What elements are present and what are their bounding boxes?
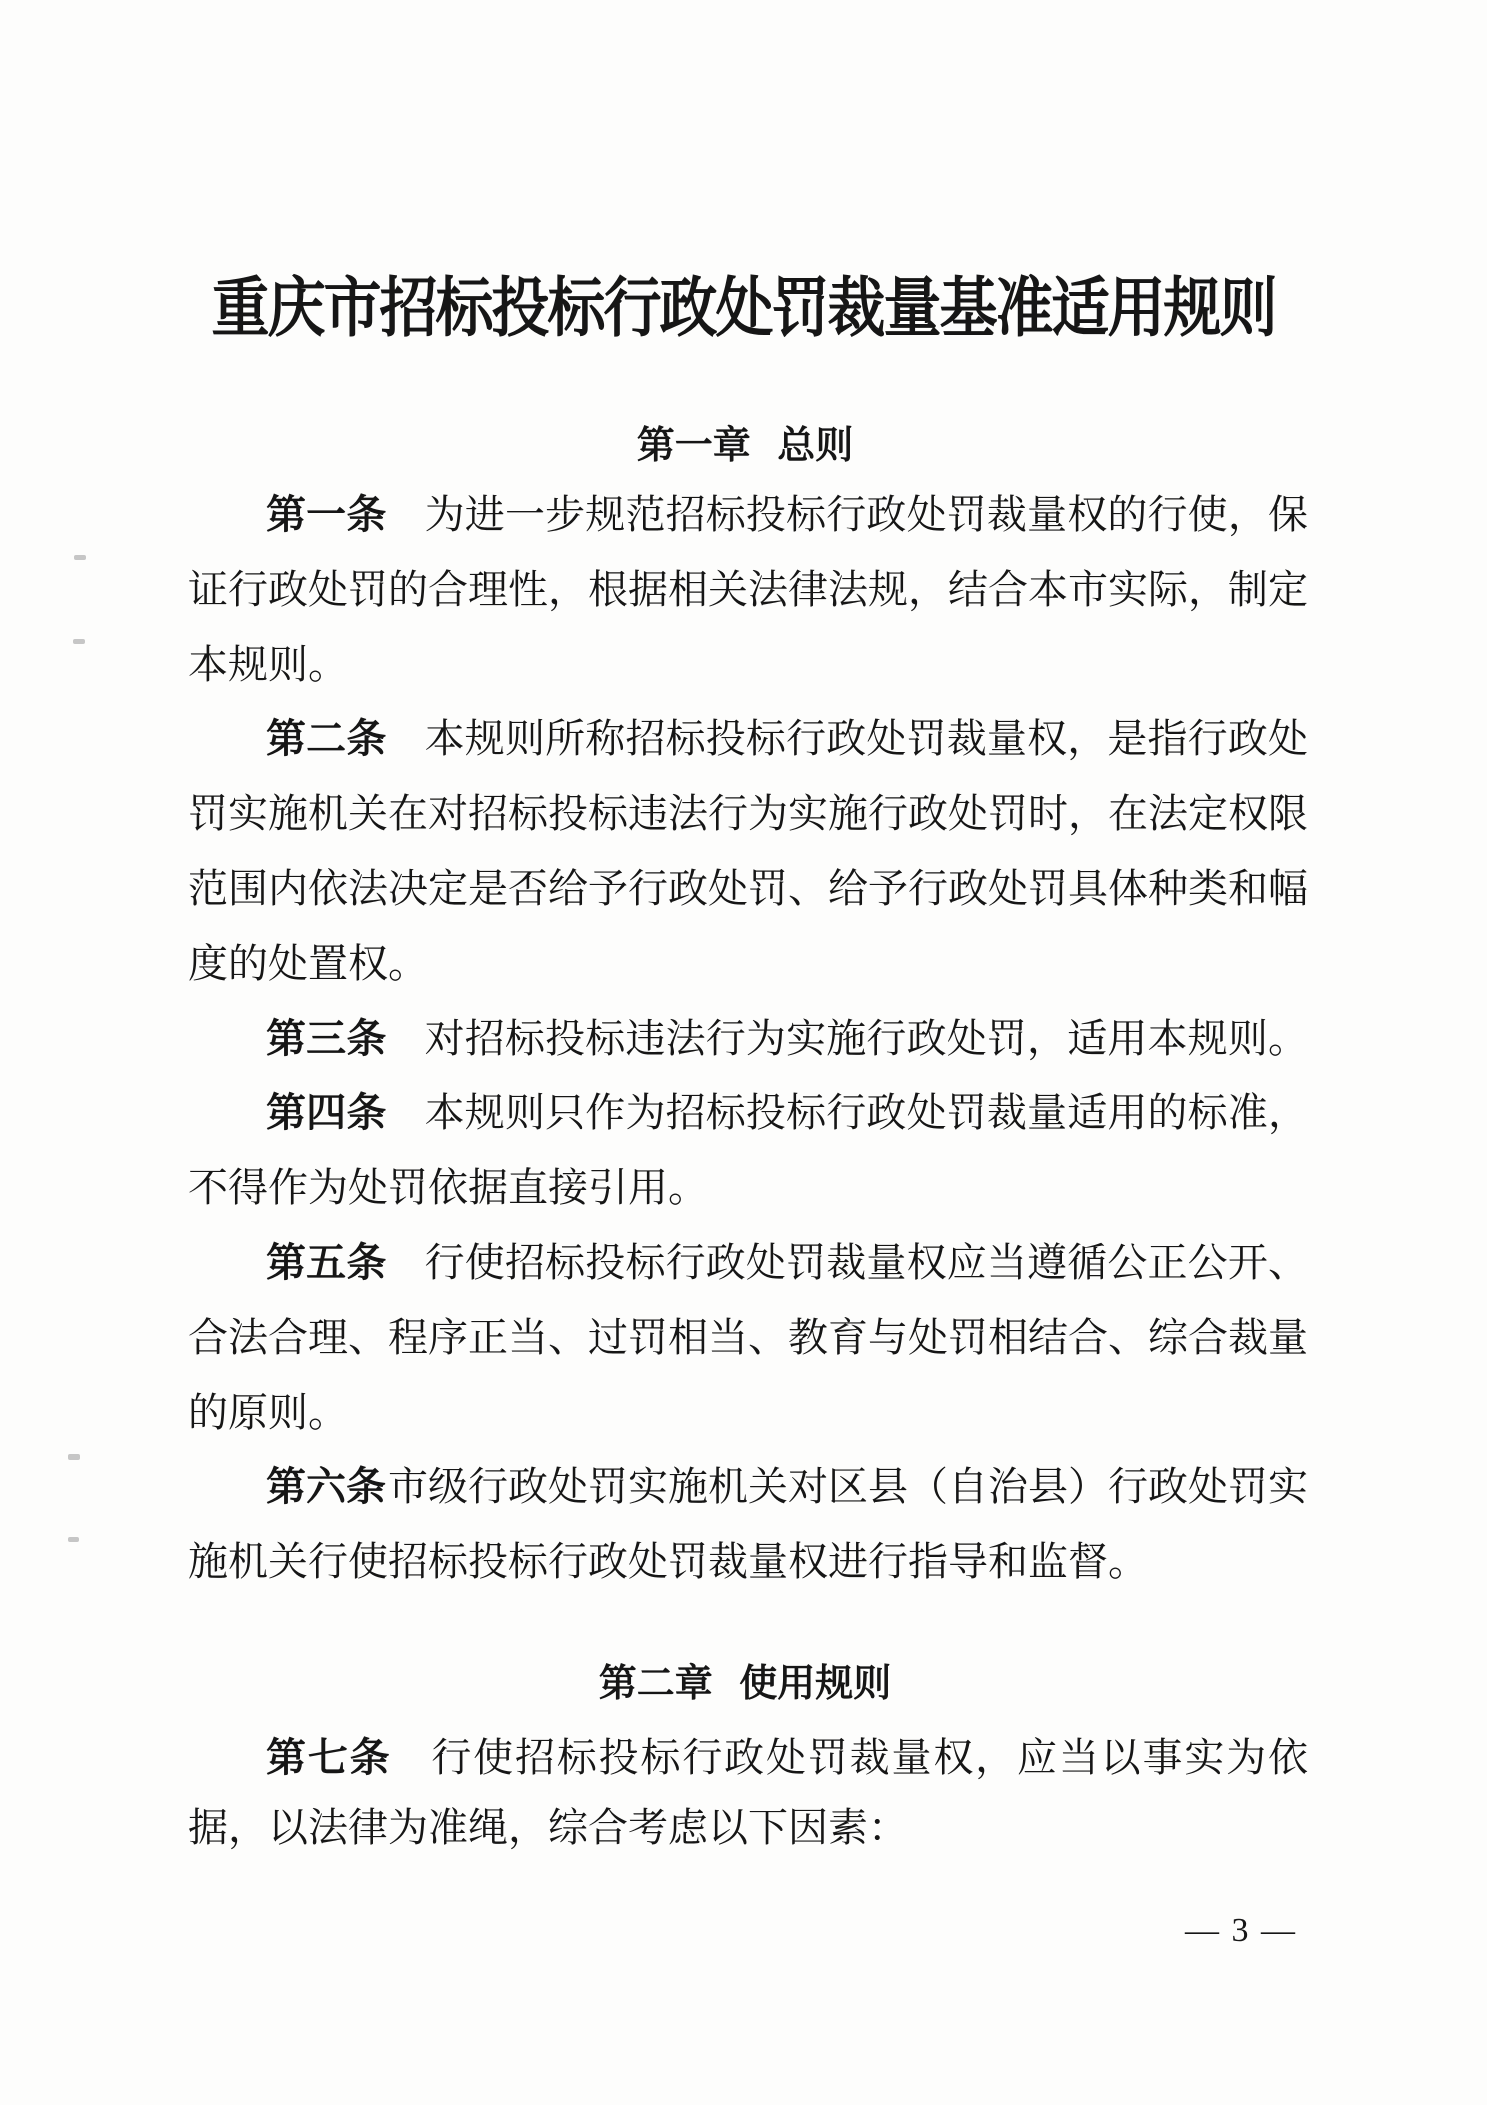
article-5-line-1: 第五条行使招标投标行政处罚裁量权应当遵循公正公开、 xyxy=(188,1226,1308,1301)
article-6-line-2: 施机关行使招标投标行政处罚裁量权进行指导和监督。 xyxy=(188,1525,1308,1600)
article-1-text-1: 为进一步规范招标投标行政处罚裁量权的行使，保 xyxy=(424,492,1308,537)
article-2-text-1: 本规则所称招标投标行政处罚裁量权，是指行政处 xyxy=(424,716,1308,761)
article-7-text-1: 行使招标投标行政处罚裁量权，应当以事实为依 xyxy=(430,1735,1309,1780)
article-2-label: 第二条 xyxy=(266,717,386,761)
scan-artifact xyxy=(68,1537,79,1542)
scan-artifact xyxy=(74,555,86,560)
article-6-line-1: 第六条市级行政处罚实施机关对区县（自治县）行政处罚实 xyxy=(188,1450,1308,1525)
article-7-line-1: 第七条行使招标投标行政处罚裁量权，应当以事实为依 xyxy=(188,1723,1308,1793)
article-6-label: 第六条 xyxy=(266,1465,386,1509)
article-3-text-1: 对招标投标违法行为实施行政处罚，适用本规则。 xyxy=(424,1016,1308,1061)
article-4-label: 第四条 xyxy=(266,1091,386,1135)
article-7-label: 第七条 xyxy=(266,1736,392,1780)
article-2-line-4: 度的处置权。 xyxy=(188,927,1308,1002)
chapter-2-heading: 第二章 使用规则 xyxy=(185,1662,1305,1706)
article-3-line-1: 第三条对招标投标违法行为实施行政处罚，适用本规则。 xyxy=(188,1002,1308,1077)
chapter-2-body: 第七条行使招标投标行政处罚裁量权，应当以事实为依 据，以法律为准绳，综合考虑以下… xyxy=(188,1723,1308,1863)
article-1-label: 第一条 xyxy=(266,493,386,537)
article-2-line-1: 第二条本规则所称招标投标行政处罚裁量权，是指行政处 xyxy=(188,702,1308,777)
article-5-label: 第五条 xyxy=(266,1241,386,1285)
scan-artifact xyxy=(68,1454,80,1460)
article-1-line-2: 证行政处罚的合理性，根据相关法律法规，结合本市实际，制定 xyxy=(188,553,1308,628)
article-4-text-1: 本规则只作为招标投标行政处罚裁量适用的标准， xyxy=(424,1090,1308,1135)
document-title: 重庆市招标投标行政处罚裁量基准适用规则 xyxy=(185,272,1302,346)
page-number: — 3 — xyxy=(1185,1912,1297,1950)
article-5-text-1: 行使招标投标行政处罚裁量权应当遵循公正公开、 xyxy=(424,1240,1308,1285)
scan-artifact xyxy=(73,639,85,644)
chapter-1-body: 第一条为进一步规范招标投标行政处罚裁量权的行使，保 证行政处罚的合理性，根据相关… xyxy=(188,478,1308,1600)
article-2-line-3: 范围内依法决定是否给予行政处罚、给予行政处罚具体种类和幅 xyxy=(188,852,1308,927)
article-3-label: 第三条 xyxy=(266,1017,386,1061)
article-7-line-2: 据，以法律为准绳，综合考虑以下因素： xyxy=(188,1793,1308,1863)
article-1-line-1: 第一条为进一步规范招标投标行政处罚裁量权的行使，保 xyxy=(188,478,1308,553)
article-5-line-3: 的原则。 xyxy=(188,1376,1308,1451)
article-4-line-2: 不得作为处罚依据直接引用。 xyxy=(188,1151,1308,1226)
article-4-line-1: 第四条本规则只作为招标投标行政处罚裁量适用的标准， xyxy=(188,1076,1308,1151)
article-1-line-3: 本规则。 xyxy=(188,628,1308,703)
article-6-text-1: 市级行政处罚实施机关对区县（自治县）行政处罚实 xyxy=(388,1464,1308,1509)
article-5-line-2: 合法合理、程序正当、过罚相当、教育与处罚相结合、综合裁量 xyxy=(188,1301,1308,1376)
document-page: 重庆市招标投标行政处罚裁量基准适用规则 第一章 总则 第一条为进一步规范招标投标… xyxy=(0,0,1487,2105)
article-2-line-2: 罚实施机关在对招标投标违法行为实施行政处罚时，在法定权限 xyxy=(188,777,1308,852)
chapter-1-heading: 第一章 总则 xyxy=(185,424,1305,468)
